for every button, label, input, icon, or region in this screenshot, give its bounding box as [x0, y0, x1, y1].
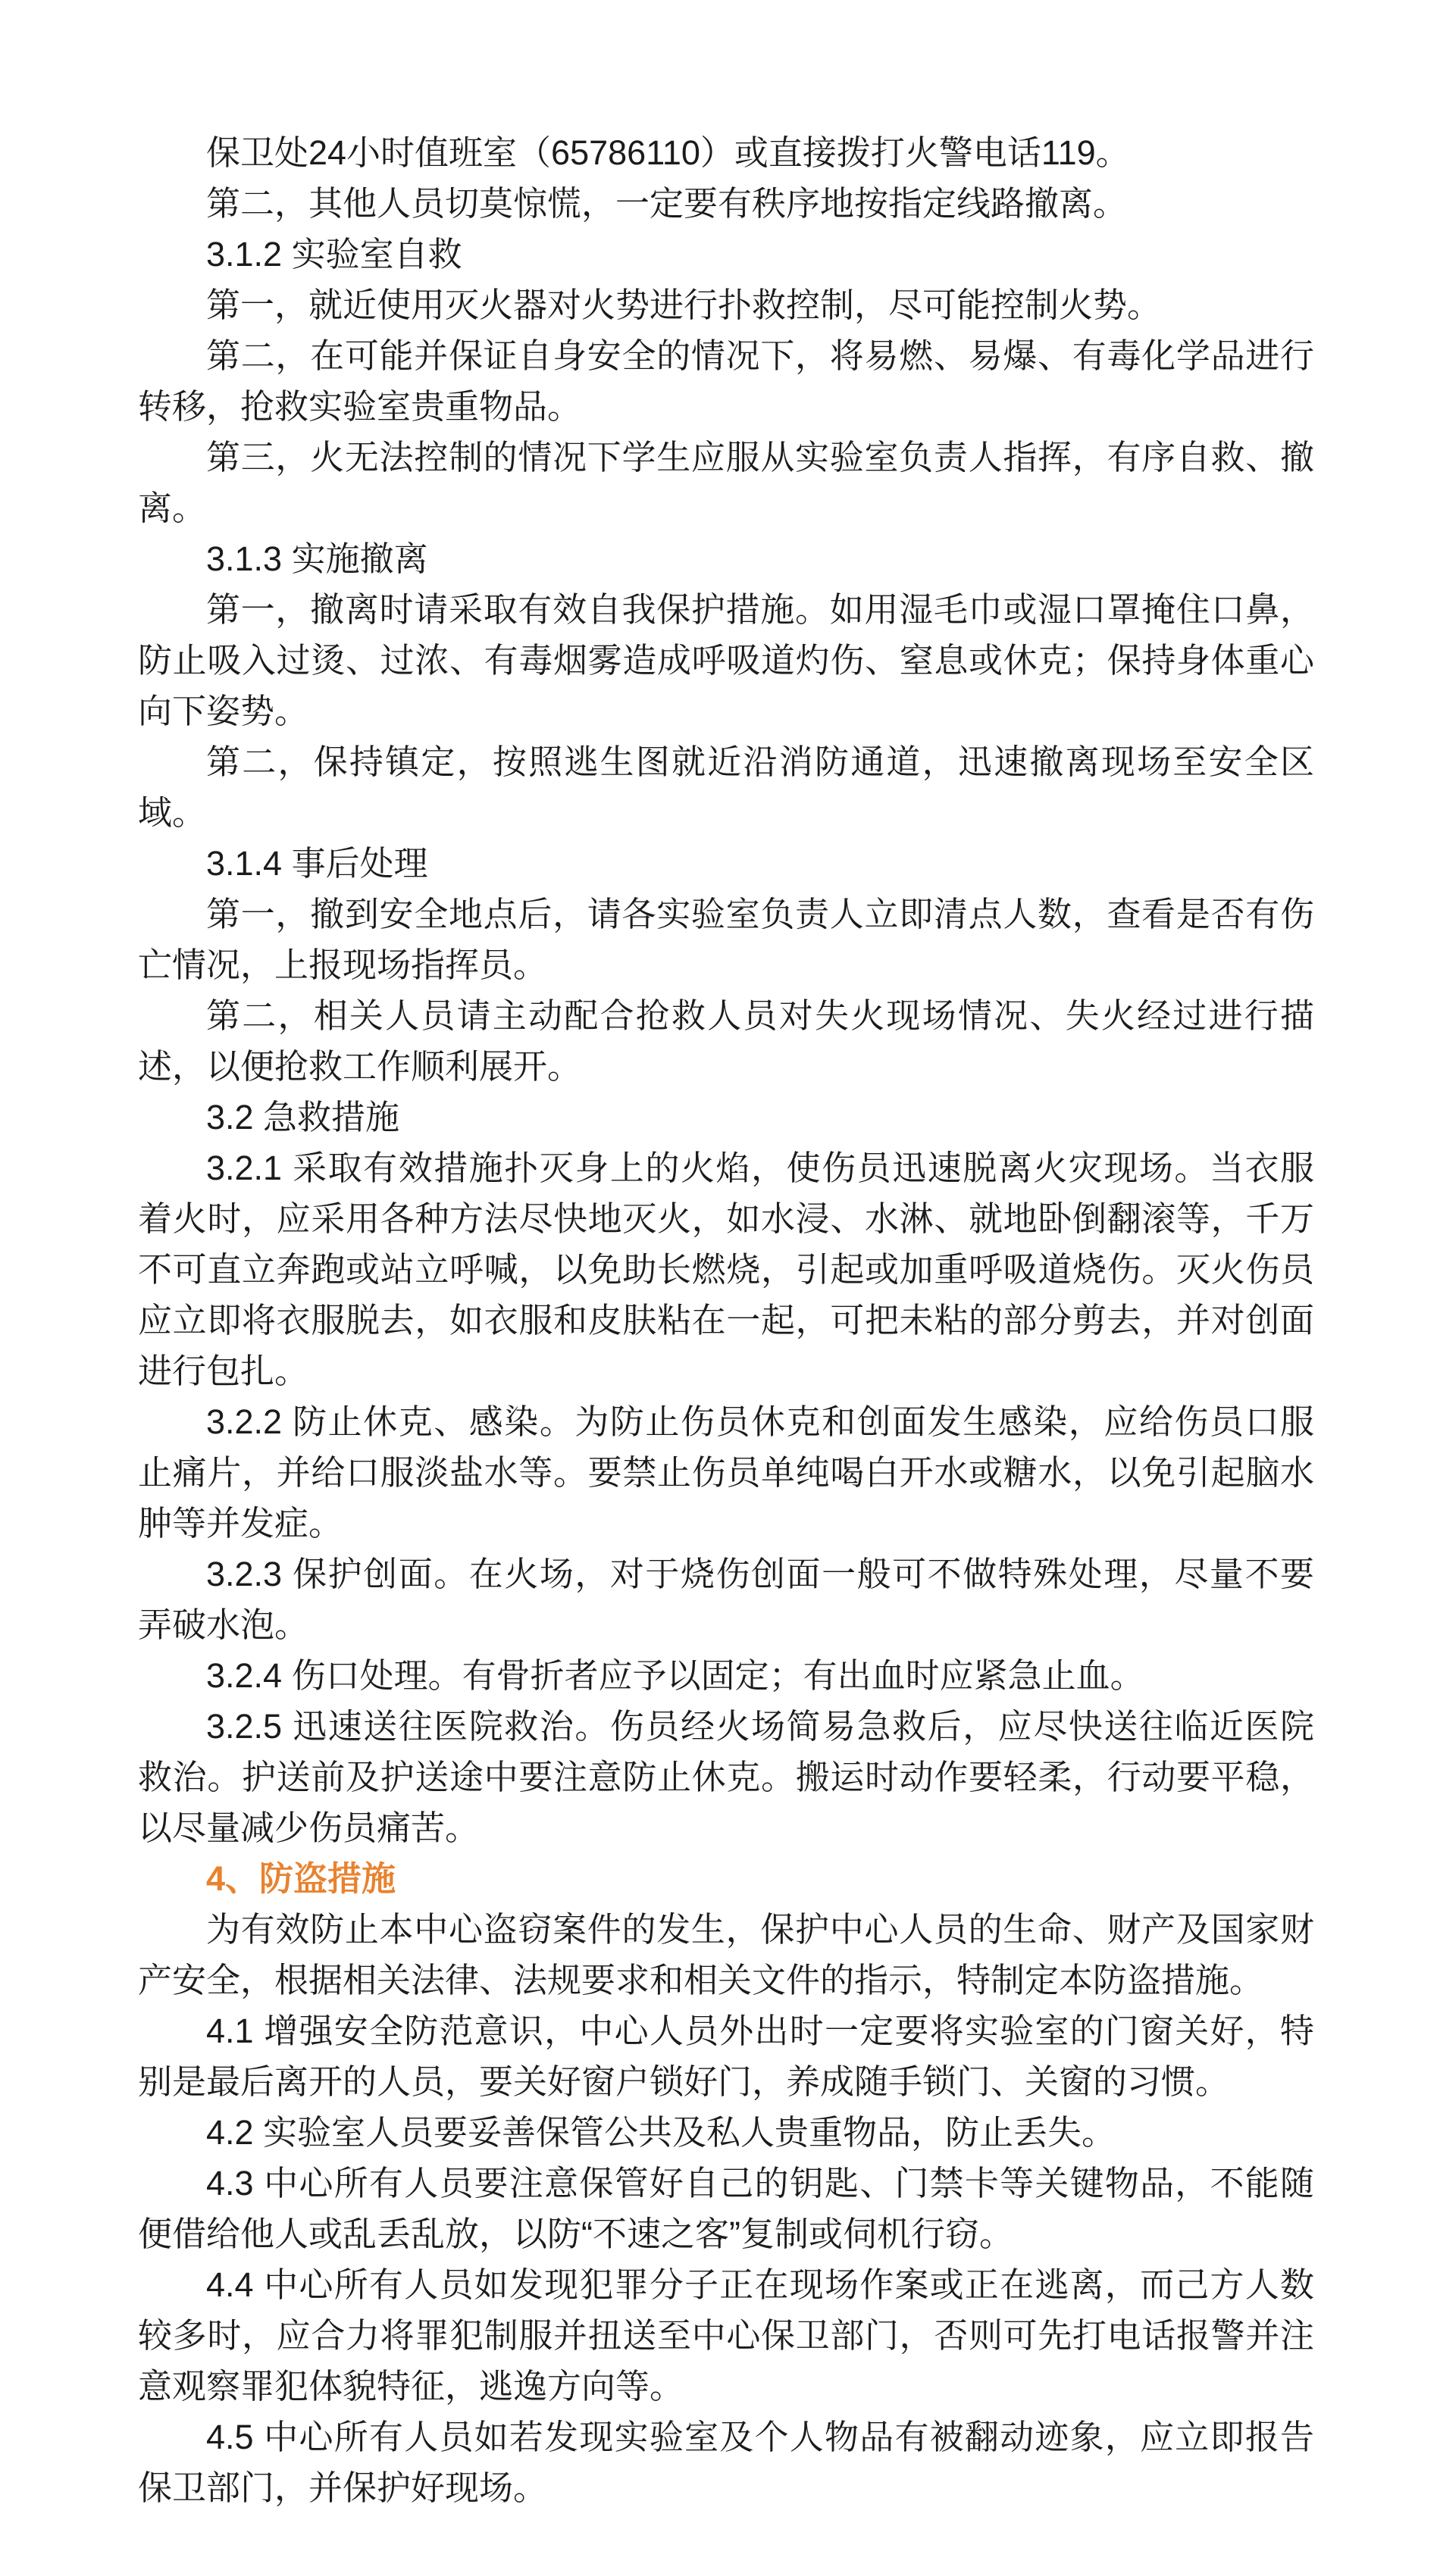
paragraph: 第一，就近使用灭火器对火势进行扑救控制，尽可能控制火势。: [138, 280, 1314, 330]
paragraph: 第二，在可能并保证自身安全的情况下，将易燃、易爆、有毒化学品进行转移，抢救实验室…: [138, 330, 1314, 432]
paragraph: 4.1 增强安全防范意识，中心人员外出时一定要将实验室的门窗关好，特别是最后离开…: [138, 2005, 1314, 2107]
section-heading: 4、防盗措施: [138, 1853, 1314, 1904]
paragraph: 3.1.2 实验室自救: [138, 229, 1314, 280]
paragraph: 3.2.2 防止休克、感染。为防止伤员休克和创面发生感染，应给伤员口服止痛片，并…: [138, 1396, 1314, 1549]
paragraph: 保卫处24小时值班室（65786110）或直接拨打火警电话119。: [138, 127, 1314, 178]
paragraph: 第一，撤到安全地点后，请各实验室负责人立即清点人数，查看是否有伤亡情况，上报现场…: [138, 889, 1314, 990]
paragraph: 4.3 中心所有人员要注意保管好自己的钥匙、门禁卡等关键物品，不能随便借给他人或…: [138, 2158, 1314, 2259]
paragraph: 3.2 急救措施: [138, 1092, 1314, 1143]
paragraph: 3.1.4 事后处理: [138, 838, 1314, 889]
paragraph: 3.2.3 保护创面。在火场，对于烧伤创面一般可不做特殊处理，尽量不要弄破水泡。: [138, 1549, 1314, 1650]
paragraph: 第一，撤离时请采取有效自我保护措施。如用湿毛巾或湿口罩掩住口鼻，防止吸入过烫、过…: [138, 584, 1314, 736]
paragraph: 第二，其他人员切莫惊慌，一定要有秩序地按指定线路撤离。: [138, 178, 1314, 229]
paragraph: 为有效防止本中心盗窃案件的发生，保护中心人员的生命、财产及国家财产安全，根据相关…: [138, 1904, 1314, 2005]
paragraph: 4.2 实验室人员要妥善保管公共及私人贵重物品，防止丢失。: [138, 2107, 1314, 2158]
paragraph: 3.1.3 实施撤离: [138, 533, 1314, 584]
paragraph: 4.5 中心所有人员如若发现实验室及个人物品有被翻动迹象，应立即报告保卫部门，并…: [138, 2412, 1314, 2513]
paragraph: 第三，火无法控制的情况下学生应服从实验室负责人指挥，有序自救、撤离。: [138, 432, 1314, 533]
paragraph: 3.2.4 伤口处理。有骨折者应予以固定；有出血时应紧急止血。: [138, 1650, 1314, 1701]
paragraph: 第二，相关人员请主动配合抢救人员对失火现场情况、失火经过进行描述，以便抢救工作顺…: [138, 990, 1314, 1092]
paragraph: 第二，保持镇定，按照逃生图就近沿消防通道，迅速撤离现场至安全区域。: [138, 736, 1314, 838]
document-body: 保卫处24小时值班室（65786110）或直接拨打火警电话119。第二，其他人员…: [138, 127, 1314, 2513]
paragraph: 3.2.5 迅速送往医院救治。伤员经火场简易急救后，应尽快送往临近医院救治。护送…: [138, 1701, 1314, 1853]
paragraph: 4.4 中心所有人员如发现犯罪分子正在现场作案或正在逃离，而己方人数较多时，应合…: [138, 2259, 1314, 2412]
paragraph: 3.2.1 采取有效措施扑灭身上的火焰，使伤员迅速脱离火灾现场。当衣服着火时，应…: [138, 1143, 1314, 1396]
